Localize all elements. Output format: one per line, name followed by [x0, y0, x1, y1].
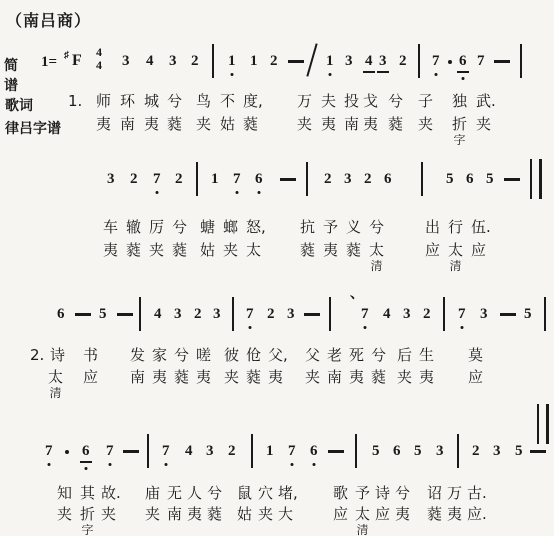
lvlv-syllable: 蕤 [300, 243, 315, 259]
note-number: 2 [175, 170, 183, 188]
lyric-syllable: 鸟 [196, 94, 211, 110]
note-number: 2 [324, 170, 332, 188]
note-number: 7 [477, 52, 485, 70]
lvlv-syllable: 太清 [448, 243, 463, 272]
note-number: 1 [266, 442, 274, 460]
lvlv-syllable: 夷 [144, 117, 159, 133]
lyric-syllable: 父 [305, 348, 320, 364]
lyric-syllable: 兮 [207, 486, 222, 502]
note-number: 7 [246, 305, 254, 323]
note-number: 1 [326, 52, 334, 70]
barline [329, 297, 331, 331]
held-note-dash [530, 450, 546, 453]
lyrics-row: 2.诗书发家兮嗟彼伧父,父老死兮后生莫 [0, 348, 554, 370]
lvlv-syllable: 夹 [149, 243, 164, 259]
lvlv-sub-syllable: 清 [355, 524, 370, 536]
lvlv-syllable: 太 [246, 243, 261, 259]
note-number: 3 [493, 442, 501, 460]
barline [232, 297, 234, 331]
notes-row: 32721762326565 [0, 170, 554, 192]
barline [139, 297, 141, 331]
lvlv-syllable: 应 [83, 370, 98, 386]
lvlv-syllable: 蕤 [126, 243, 141, 259]
note-number: 2 [191, 52, 199, 70]
lyric-syllable: 兮 [369, 220, 384, 236]
barline [544, 297, 546, 331]
lyric-syllable: 万 [447, 486, 462, 502]
lyric-syllable: 知 [57, 486, 72, 502]
lyric-syllable: 古. [467, 486, 487, 502]
note-number: 3 [345, 52, 353, 70]
lyric-syllable: 兮 [395, 486, 410, 502]
note-number: 3 [169, 52, 177, 70]
lvlv-syllable: 夷 [419, 370, 434, 386]
lvlv-syllable: 南 [327, 370, 342, 386]
lvlv-syllable: 夹 [418, 117, 433, 133]
held-note-dash [75, 313, 91, 316]
lyric-syllable: 人 [187, 486, 202, 502]
lvlv-syllable: 夷 [321, 117, 336, 133]
barline [520, 44, 522, 78]
note-number: 2 [423, 305, 431, 323]
lvlv-syllable: 蕤 [243, 117, 258, 133]
sheet-music-page: （南吕商） 简谱 1= ♯ F 4 4 歌词 律吕字谱 343211213432… [0, 0, 554, 536]
lvlv-syllable: 夹 [145, 507, 160, 523]
held-note-dash [288, 60, 304, 63]
note-number: 4 [185, 442, 193, 460]
mode-title: （南吕商） [6, 8, 91, 31]
lvlv-row: 夷蕤夹蕤姑夹太蕤夷蕤太清应太清应 [0, 243, 554, 265]
lyric-syllable: 厉 [149, 220, 164, 236]
note-number: 3 [403, 305, 411, 323]
lyric-syllable: 生 [419, 348, 434, 364]
lvlv-syllable: 夷 [196, 370, 211, 386]
lvlv-syllable: 蕤 [427, 507, 442, 523]
lyric-syllable: 抗 [300, 220, 315, 236]
verse-number: 1. [68, 94, 82, 110]
note-number: 5 [446, 170, 454, 188]
lvlv-syllable: 夷 [363, 117, 378, 133]
note-number: 1 [228, 52, 236, 70]
held-note-dash [500, 313, 516, 316]
held-note-dash [280, 178, 296, 181]
note-number: 5 [486, 170, 494, 188]
lvlv-syllable: 蕤 [388, 117, 403, 133]
lyric-syllable: 死 [349, 348, 364, 364]
lvlv-syllable: 夹 [476, 117, 491, 133]
lvlv-sub-syllable: 清 [48, 387, 63, 400]
lvlv-syllable: 夷 [268, 370, 283, 386]
held-note-dash [123, 450, 139, 453]
note-number: 6 [310, 442, 318, 460]
lyric-syllable: 夫 [321, 94, 336, 110]
lvlv-syllable: 应 [375, 507, 390, 523]
lvlv-syllable: 蕤 [174, 370, 189, 386]
lyric-syllable: 出 [425, 220, 440, 236]
lvlv-syllable: 夷 [152, 370, 167, 386]
lvlv-syllable: 应 [333, 507, 348, 523]
barline [147, 434, 149, 468]
lvlv-syllable: 夷 [395, 507, 410, 523]
lvlv-syllable: 太清 [369, 243, 384, 272]
lyric-syllable: 辙 [126, 220, 141, 236]
note-number: 1 [250, 52, 258, 70]
lvlv-syllable: 夷 [187, 507, 202, 523]
note-number: 2 [472, 442, 480, 460]
note-number: 7 [45, 442, 53, 460]
note-number: 3 [436, 442, 444, 460]
lyric-syllable: 发 [130, 348, 145, 364]
lyric-syllable: 义 [346, 220, 361, 236]
slanted-barline [306, 43, 317, 76]
note-number: 2 [130, 170, 138, 188]
lyric-syllable: 父, [268, 348, 288, 364]
note-number: 4 [146, 52, 154, 70]
lyric-syllable: 戈 [363, 94, 378, 110]
note-number: 2 [267, 305, 275, 323]
barline [421, 162, 423, 196]
lyric-syllable: 歌 [333, 486, 348, 502]
note-number: 5 [515, 442, 523, 460]
lyric-syllable: 故. [101, 486, 121, 502]
lvlv-syllable: 姑 [237, 507, 252, 523]
lvlv-sub-syllable: 清 [369, 260, 384, 273]
lyric-syllable: 子 [418, 94, 433, 110]
lvlv-syllable: 应 [425, 243, 440, 259]
lyric-syllable: 独 [452, 94, 467, 110]
lvlv-syllable: 姑 [220, 117, 235, 133]
note-number: 4 [363, 52, 375, 73]
lyrics-row: 1.师环城兮鸟不度,万夫投戈兮子独武. [0, 94, 554, 116]
held-note-dash [328, 450, 344, 453]
lyric-syllable: 兮 [167, 94, 182, 110]
lyric-syllable: 堵, [278, 486, 298, 502]
lyric-syllable: 伍. [471, 220, 491, 236]
lvlv-row: 夷南夷蕤夹姑蕤夹夷南夷蕤夹折字夹 [0, 117, 554, 139]
augmentation-dot [448, 60, 452, 64]
verse-number: 2. [30, 348, 44, 364]
lyric-syllable: 度, [243, 94, 263, 110]
note-number: 7 [153, 170, 161, 188]
note-number: 4 [383, 305, 391, 323]
lyric-syllable: 螗 [200, 220, 215, 236]
note-number: 5 [414, 442, 422, 460]
lyrics-row: 车辙厉兮螗螂怒,抗予义兮出行伍. [0, 220, 554, 242]
lvlv-syllable: 夹 [258, 507, 273, 523]
lvlv-syllable: 夹 [57, 507, 72, 523]
lvlv-syllable: 夹 [196, 117, 211, 133]
notes-row: 343211213432767 [0, 52, 554, 74]
lyric-syllable: 兮 [388, 94, 403, 110]
lyric-syllable: 城 [144, 94, 159, 110]
lyric-syllable: 彼 [224, 348, 239, 364]
barline [306, 162, 308, 196]
lyric-syllable: 穴 [258, 486, 273, 502]
lvlv-syllable: 夷 [447, 507, 462, 523]
note-number: 6 [466, 170, 474, 188]
lvlv-syllable: 南 [130, 370, 145, 386]
lvlv-row: 夹折字夹夹南夷蕤姑夹大应太清应夷蕤夷应. [0, 507, 554, 529]
note-number: 2 [364, 170, 372, 188]
lyric-syllable: 伧 [246, 348, 261, 364]
lyric-syllable: 其 [80, 486, 95, 502]
note-number: 2 [270, 52, 278, 70]
note-number: 3 [287, 305, 295, 323]
lvlv-syllable: 夹 [224, 370, 239, 386]
notes-row: 76774321765653235 [0, 442, 554, 464]
augmentation-dot [65, 450, 69, 454]
barline [457, 434, 459, 468]
held-note-dash [117, 313, 133, 316]
lvlv-syllable: 南 [120, 117, 135, 133]
lyric-syllable: 庙 [145, 486, 160, 502]
lvlv-syllable: 大 [278, 507, 293, 523]
lvlv-syllable: 应. [467, 507, 487, 523]
note-number: 3 [344, 170, 352, 188]
note-number: 7 [233, 170, 241, 188]
lvlv-syllable: 夹 [397, 370, 412, 386]
note-number: 3 [480, 305, 488, 323]
lyric-syllable: 兮 [172, 220, 187, 236]
note-number: 5 [99, 305, 107, 323]
lvlv-syllable: 夷 [349, 370, 364, 386]
lvlv-syllable: 应 [468, 370, 483, 386]
note-number: 7 [361, 305, 369, 323]
note-number: 7 [106, 442, 114, 460]
note-number: 6 [57, 305, 65, 323]
barline [443, 297, 445, 331]
breath-mark: 、 [350, 283, 364, 303]
note-number: 6 [80, 442, 92, 463]
note-number: 3 [107, 170, 115, 188]
barline [196, 162, 198, 196]
note-number: 5 [524, 305, 532, 323]
lvlv-syllable: 折字 [452, 117, 467, 146]
note-number: 3 [206, 442, 214, 460]
barline [355, 434, 357, 468]
note-number: 2 [194, 305, 202, 323]
lvlv-syllable: 折字 [80, 507, 95, 536]
note-number: 2 [399, 52, 407, 70]
barline [418, 44, 420, 78]
note-number: 7 [288, 442, 296, 460]
lvlv-syllable: 蕤 [167, 117, 182, 133]
held-note-dash [304, 313, 320, 316]
lyric-syllable: 诗 [50, 348, 65, 364]
lvlv-syllable: 姑 [200, 243, 215, 259]
note-number: 5 [372, 442, 380, 460]
note-number: 1 [211, 170, 219, 188]
lvlv-syllable: 太清 [355, 507, 370, 536]
held-note-dash [494, 60, 510, 63]
lvlv-syllable: 蕤 [371, 370, 386, 386]
lvlv-syllable: 夷 [103, 243, 118, 259]
lvlv-syllable: 蕤 [346, 243, 361, 259]
note-number: 3 [122, 52, 130, 70]
lvlv-syllable: 夹 [101, 507, 116, 523]
lvlv-syllable: 蕤 [172, 243, 187, 259]
note-number: 6 [384, 170, 392, 188]
lyric-syllable: 后 [397, 348, 412, 364]
lyric-syllable: 螂 [223, 220, 238, 236]
note-number: 6 [393, 442, 401, 460]
barline [212, 44, 214, 78]
lvlv-syllable: 蕤 [207, 507, 222, 523]
note-number: 4 [154, 305, 162, 323]
lvlv-sub-syllable: 清 [448, 260, 463, 273]
lyric-syllable: 家 [152, 348, 167, 364]
note-number: 6 [255, 170, 263, 188]
note-number: 7 [162, 442, 170, 460]
note-number: 7 [432, 52, 440, 70]
lyric-syllable: 不 [220, 94, 235, 110]
lvlv-syllable: 夹 [305, 370, 320, 386]
lyric-syllable: 鼠 [237, 486, 252, 502]
lyric-syllable: 诗 [375, 486, 390, 502]
note-number: 7 [458, 305, 466, 323]
note-number: 3 [377, 52, 389, 73]
lyric-syllable: 老 [327, 348, 342, 364]
end-double-barline [537, 404, 549, 444]
lvlv-syllable: 南 [167, 507, 182, 523]
lvlv-sub-syllable: 字 [452, 134, 467, 147]
double-barline [530, 159, 542, 199]
lvlv-syllable: 夷 [96, 117, 111, 133]
notes-row: 654323723、7432735 [0, 305, 554, 327]
lyric-syllable: 怒, [246, 220, 266, 236]
held-note-dash [504, 178, 520, 181]
lyric-syllable: 环 [120, 94, 135, 110]
lyric-syllable: 武. [476, 94, 496, 110]
lyric-syllable: 无 [167, 486, 182, 502]
note-number: 3 [213, 305, 221, 323]
lvlv-syllable: 夹 [223, 243, 238, 259]
lvlv-syllable: 夷 [323, 243, 338, 259]
lyric-syllable: 投 [344, 94, 359, 110]
lyric-syllable: 予 [323, 220, 338, 236]
lyric-syllable: 万 [297, 94, 312, 110]
lyric-syllable: 兮 [174, 348, 189, 364]
lyric-syllable: 车 [103, 220, 118, 236]
lyric-syllable: 诏 [427, 486, 442, 502]
lvlv-row: 太清应南夷蕤夷夹蕤夷夹南夷蕤夹夷应 [0, 370, 554, 392]
lyric-syllable: 莫 [468, 348, 483, 364]
lyric-syllable: 予 [355, 486, 370, 502]
lvlv-syllable: 蕤 [246, 370, 261, 386]
lvlv-sub-syllable: 字 [80, 524, 95, 536]
note-number: 2 [228, 442, 236, 460]
lyric-syllable: 嗟 [196, 348, 211, 364]
lyric-syllable: 师 [96, 94, 111, 110]
barline [251, 434, 253, 468]
lvlv-syllable: 夹 [297, 117, 312, 133]
lyric-syllable: 书 [83, 348, 98, 364]
lyric-syllable: 兮 [371, 348, 386, 364]
note-number: 6 [457, 52, 469, 73]
lvlv-syllable: 南 [344, 117, 359, 133]
lyric-syllable: 行 [448, 220, 463, 236]
lvlv-syllable: 太清 [48, 370, 63, 399]
lvlv-syllable: 应 [471, 243, 486, 259]
note-number: 3 [174, 305, 182, 323]
